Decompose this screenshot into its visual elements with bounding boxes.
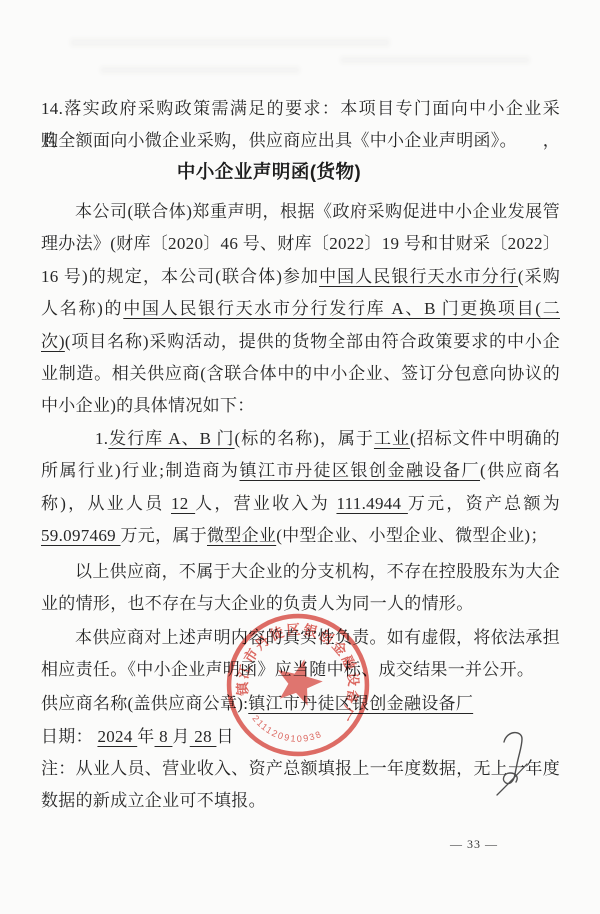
underlined-text: 2024 [97, 727, 137, 746]
text-line: 59.097469 万元，属于微型企业(中型企业、小型企业、微型企业)； [41, 520, 560, 552]
scan-artifact [100, 66, 300, 74]
text-run: 年 [137, 727, 154, 746]
underlined-text: 8 [155, 727, 173, 746]
declaration-paragraph: 本公司(联合体)郑重声明，根据《政府采购促进中小企业发展管理办法》(财库〔202… [41, 196, 560, 423]
page-number: — 33 — [450, 837, 498, 852]
underlined-text: 中国人民银行天水市分行发行库 A、B 门更换项目(二 [123, 299, 560, 318]
underlined-text: 镇江市丹徒区银创金融设备厂 [239, 461, 480, 480]
text-line: 次)(项目名称)采购活动，提供的货物全部由符合政策要求的中小企 [41, 326, 560, 358]
text-run: (项目名称)采购活动，提供的货物全部由符合政策要求的中小企 [65, 332, 560, 351]
text-run: (标的名称)，属于 [235, 429, 374, 448]
text-run: 所属行业)行业;制造商为 [41, 461, 239, 480]
text-run: 日期： [41, 727, 97, 746]
seal-code-text: 211120910938 [247, 712, 326, 751]
document-title: 中小企业声明函(货物) [41, 158, 497, 184]
text-line: 数据的新成立企业可不填报。 [41, 785, 560, 817]
text-line: 且全额面向小微企业采购，供应商应出具《中小企业声明函》。 [41, 125, 560, 157]
text-run: (供应商名 [480, 461, 560, 480]
text-line: 称)，从业人员 12 人，营业收入为 111.4944 万元，资产总额为 [41, 488, 560, 520]
underlined-text: 111.4944 [336, 494, 407, 513]
handwritten-mark [492, 724, 544, 800]
text-line: 业制造。相关供应商(含联合体中的中小企业、签订分包意向协议的 [41, 358, 560, 390]
text-run: 本公司(联合体)郑重声明，根据《政府采购促进中小企业发展管 [75, 202, 560, 221]
text-line: 1.发行库 A、B 门(标的名称)，属于工业(招标文件中明确的 [41, 423, 560, 455]
text-run: 中小企业)的具体情况如下： [41, 396, 255, 415]
text-run: 16 号)的规定，本公司(联合体)参加 [41, 267, 319, 286]
underlined-text: 12 [171, 494, 195, 513]
underlined-text: 工业 [374, 429, 410, 448]
text-run: 月 [172, 727, 189, 746]
text-run: 人名称)的 [41, 299, 123, 318]
text-run: 人，营业收入为 [195, 494, 336, 513]
text-line: 16 号)的规定，本公司(联合体)参加中国人民银行天水市分行(采购 [41, 261, 560, 293]
underlined-text: 次) [41, 332, 65, 351]
underlined-text: 中国人民银行天水市分行 [319, 267, 518, 286]
text-run: (中型企业、小型企业、微型企业)； [276, 526, 547, 545]
underlined-text: 微型企业 [207, 526, 276, 545]
text-run: (招标文件中明确的 [410, 429, 560, 448]
scan-artifact [340, 56, 530, 64]
text-line: 14.落实政府采购政策需满足的要求：本项目专门面向中小企业采购， [41, 93, 560, 125]
text-run: 1. [95, 429, 108, 448]
intro-paragraph: 14.落实政府采购政策需满足的要求：本项目专门面向中小企业采购，且全额面向小微企… [41, 93, 560, 158]
document-page: 14.落实政府采购政策需满足的要求：本项目专门面向中小企业采购，且全额面向小微企… [0, 0, 600, 914]
text-run: (采购 [518, 267, 560, 286]
text-run: 万元，属于 [121, 526, 208, 545]
text-run: 以上供应商，不属于大企业的分支机构，不存在控股股东为大企 [75, 562, 560, 581]
text-line: 人名称)的中国人民银行天水市分行发行库 A、B 门更换项目(二 [41, 293, 560, 325]
text-run: 业制造。相关供应商(含联合体中的中小企业、签订分包意向协议的 [41, 364, 560, 383]
text-run: 万元，资产总额为 [408, 494, 560, 513]
item1-paragraph: 1.发行库 A、B 门(标的名称)，属于工业(招标文件中明确的所属行业)行业;制… [41, 423, 560, 553]
seal-star-icon [271, 654, 326, 708]
scan-artifact [70, 38, 390, 47]
note-paragraph: 注：从业人员、营业收入、资产总额填报上一年度数据，无上一年度数据的新成立企业可不… [41, 753, 560, 818]
underlined-text: 发行库 A、B 门 [108, 429, 234, 448]
text-line: 以上供应商，不属于大企业的分支机构，不存在控股股东为大企 [41, 556, 560, 588]
text-run: 理办法》(财库〔2020〕46 号、财库〔2022〕19 号和甘财采〔2022〕 [41, 234, 560, 253]
text-line: 本公司(联合体)郑重声明，根据《政府采购促进中小企业发展管 [41, 196, 560, 228]
text-line: 理办法》(财库〔2020〕46 号、财库〔2022〕19 号和甘财采〔2022〕 [41, 228, 560, 260]
text-line: 中小企业)的具体情况如下： [41, 390, 560, 422]
text-run: 数据的新成立企业可不填报。 [41, 791, 266, 810]
text-run: 称)，从业人员 [41, 494, 171, 513]
underlined-text: 59.097469 [41, 526, 121, 545]
text-line: 所属行业)行业;制造商为镇江市丹徒区银创金融设备厂(供应商名 [41, 455, 560, 487]
text-run: 且全额面向小微企业采购，供应商应出具《中小企业声明函》。 [41, 131, 517, 150]
